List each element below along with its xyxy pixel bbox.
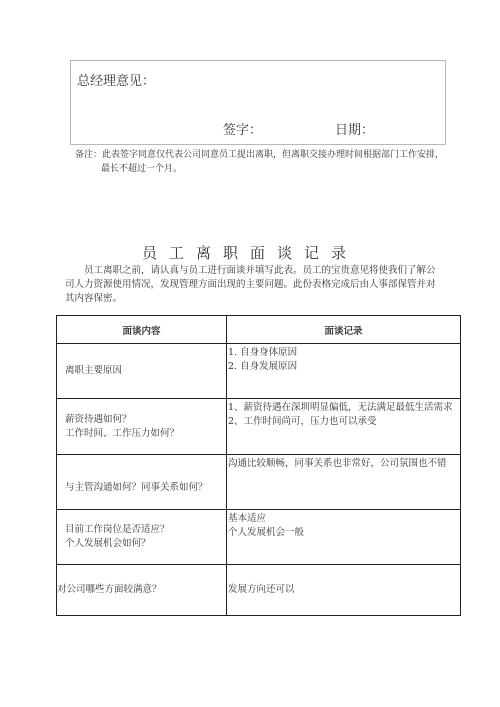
remark-line-1: 备注：此表签字同意仅代表公司同意员工提出离职，但离职交接办理时间根据部门工作安排…	[75, 150, 444, 160]
page-title: 员工离职面谈记录	[0, 242, 500, 263]
table-row: 离职主要原因 1. 自身身体原因 2. 自身发展原因	[57, 344, 461, 399]
question-cell: 与主管沟通如何？同事关系如何？	[57, 455, 227, 510]
answer-cell[interactable]: 沟通比较顺畅，同事关系也非常好，公司氛围也不错	[227, 455, 461, 510]
header-interview-content: 面谈内容	[57, 316, 227, 344]
header-interview-record: 面谈记录	[227, 316, 461, 344]
remark-note: 备注：此表签字同意仅代表公司同意员工提出离职，但离职交接办理时间根据部门工作安排…	[75, 148, 475, 176]
table-row: 对公司哪些方面较满意？ 发展方向还可以	[57, 565, 461, 616]
intro-paragraph: 员工离职之前，请认真与员工进行面谈并填写此表。员工的宝贵意见将使我们了解公司人力…	[65, 264, 437, 306]
table-header-row: 面谈内容 面谈记录	[57, 316, 461, 344]
table-row: 目前工作岗位是否适应？ 个人发展机会如何？ 基本适应 个人发展机会一般	[57, 510, 461, 565]
answer-cell[interactable]: 基本适应 个人发展机会一般	[227, 510, 461, 565]
answer-cell[interactable]: 1. 自身身体原因 2. 自身发展原因	[227, 344, 461, 399]
question-cell: 目前工作岗位是否适应？ 个人发展机会如何？	[57, 510, 227, 565]
answer-cell[interactable]: 1、薪资待遇在深圳明显偏低，无法满足最低生活需求 2、工作时间尚可，压力也可以承…	[227, 399, 461, 455]
question-cell: 薪资待遇如何？ 工作时间、工作压力如何？	[57, 399, 227, 455]
table-row: 薪资待遇如何？ 工作时间、工作压力如何？ 1、薪资待遇在深圳明显偏低，无法满足最…	[57, 399, 461, 455]
interview-record-table: 面谈内容 面谈记录 离职主要原因 1. 自身身体原因 2. 自身发展原因 薪资待…	[56, 315, 461, 616]
question-cell: 离职主要原因	[57, 344, 227, 399]
answer-cell[interactable]: 发展方向还可以	[227, 565, 461, 616]
question-cell: 对公司哪些方面较满意？	[57, 565, 227, 616]
date-label: 日期：	[335, 119, 374, 138]
gm-opinion-label: 总经理意见：	[77, 70, 155, 89]
signature-label: 签字：	[223, 119, 262, 138]
general-manager-opinion-box: 总经理意见： 签字： 日期：	[70, 60, 446, 145]
table-row: 与主管沟通如何？同事关系如何？ 沟通比较顺畅，同事关系也非常好，公司氛围也不错	[57, 455, 461, 510]
remark-line-2: 最长不超过一个月。	[75, 162, 475, 176]
